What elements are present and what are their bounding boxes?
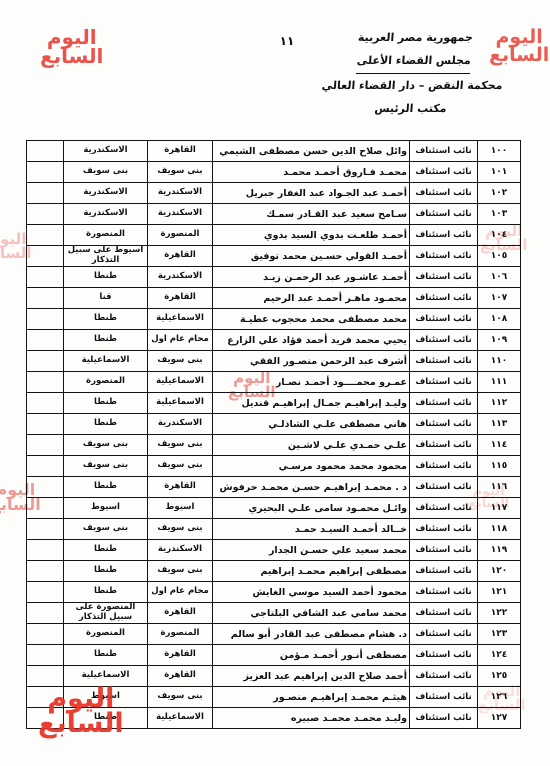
table-row: ١٠٣نائب استئنافسـامح سعيد عبد القـادر سم… [27, 204, 521, 225]
cell-blank [27, 246, 64, 267]
letterhead-office: مكتب الرئيس [319, 97, 503, 120]
cell-rank: نائب استئناف [410, 498, 478, 519]
cell-rank: نائب استئناف [410, 330, 478, 351]
cell-number: ١١٠ [478, 351, 521, 372]
cell-blank [27, 309, 64, 330]
cell-destination: طنطا [64, 561, 148, 582]
table-row: ١١٢نائب استئنافوليـد إبراهيـم جمـال إبرا… [27, 393, 521, 414]
cell-rank: نائب استئناف [410, 204, 478, 225]
letterhead-court: محكمة النقض – دار القضاء العالي [320, 74, 504, 97]
cell-name: أحمـد طلعـت بدوي السيد بدوي [213, 225, 410, 246]
cell-name: عمـرو محمــــود أحمـد نصـار [213, 372, 410, 393]
cell-destination: بنى سويف [64, 456, 148, 477]
cell-rank: نائب استئناف [410, 267, 478, 288]
cell-blank [27, 162, 64, 183]
cell-location: القاهرة [148, 288, 213, 309]
table-row: ١٢٣نائب استئنافد. هشام مصطفى عبد القادر … [27, 624, 521, 645]
youm7-watermark: اليومالسابع [40, 28, 103, 66]
cell-destination: اسيوط على سبيل التذكار [64, 246, 148, 267]
table-row: ١٢٠نائب استئنافمصطفى إبراهيم محمـد إبراه… [27, 561, 521, 582]
cell-destination: طنطا [64, 267, 148, 288]
cell-location: الاسماعيلية [148, 393, 213, 414]
table-row: ١٠٢نائب استئنافأحمـد عبد الجـواد عبد الغ… [27, 183, 521, 204]
cell-name: محمود محمد محمود مرسـي [213, 456, 410, 477]
cell-destination: اسيوط [64, 687, 148, 708]
cell-name: محمد سامي عبد الشافي البلتاجي [213, 603, 410, 624]
cell-destination: طنطا [64, 708, 148, 729]
table-row: ١٠٦نائب استئنافأحمـد عاشـور عبد الرحمـن … [27, 267, 521, 288]
table-row: ١٠٩نائب استئنافيحيي محمد فريد أحمد فؤاد … [27, 330, 521, 351]
cell-rank: نائب استئناف [410, 393, 478, 414]
cell-destination: المنصورة [64, 624, 148, 645]
cell-location: بنى سويف [148, 456, 213, 477]
cell-name: د. هشام مصطفى عبد القادر أبو سالم [213, 624, 410, 645]
cell-blank [27, 645, 64, 666]
cell-rank: نائب استئناف [410, 708, 478, 729]
cell-destination: بنى سويف [64, 435, 148, 456]
cell-blank [27, 708, 64, 729]
table-row: ١٠٥نائب استئنافأحمـد القولي حسـين محمد ت… [27, 246, 521, 267]
cell-number: ١٠٥ [478, 246, 521, 267]
table-row: ١٠٨نائب استئنافمحمد مصطفى محمد محجوب عطي… [27, 309, 521, 330]
cell-number: ١٠٢ [478, 183, 521, 204]
cell-number: ١١٨ [478, 519, 521, 540]
cell-name: وائـل محمـود سامى علـي البحيري [213, 498, 410, 519]
cell-rank: نائب استئناف [410, 540, 478, 561]
cell-destination: المنصورة [64, 225, 148, 246]
cell-location: الاسماعيلية [148, 708, 213, 729]
cell-destination: طنطا [64, 393, 148, 414]
table-row: ١٢٢نائب استئنافمحمد سامي عبد الشافي البل… [27, 603, 521, 624]
letterhead-council: مجلس القضاء الأعلى [322, 49, 506, 74]
cell-blank [27, 393, 64, 414]
cell-location: بنى سويف [148, 561, 213, 582]
cell-blank [27, 204, 64, 225]
cell-name: مصطفى إبراهيم محمـد إبراهيم [213, 561, 410, 582]
cell-location: الاسكندرية [148, 540, 213, 561]
cell-rank: نائب استئناف [410, 666, 478, 687]
cell-blank [27, 561, 64, 582]
cell-rank: نائب استئناف [410, 519, 478, 540]
cell-number: ١١٥ [478, 456, 521, 477]
cell-name: أشرف عبد الرحمن منصـور الفقي [213, 351, 410, 372]
cell-destination: اسيوط [64, 498, 148, 519]
cell-location: القاهرة [148, 645, 213, 666]
cell-name: سـامح سعيد عبد القـادر سمـك [213, 204, 410, 225]
cell-blank [27, 540, 64, 561]
cell-blank [27, 582, 64, 603]
cell-destination: بنى سويف [64, 519, 148, 540]
cell-location: القاهرة [148, 141, 213, 162]
cell-number: ١٠٩ [478, 330, 521, 351]
cell-location: الاسماعيلية [148, 309, 213, 330]
cell-destination: الاسكندرية [64, 141, 148, 162]
cell-rank: نائب استئناف [410, 456, 478, 477]
cell-rank: نائب استئناف [410, 309, 478, 330]
cell-name: محمود أحمد السيد موسي الغايش [213, 582, 410, 603]
roster-table: ١٠٠نائب استئنافوائل صلاح الدين حسن مصطفى… [26, 140, 521, 729]
cell-location: محام عام اول [148, 330, 213, 351]
cell-blank [27, 351, 64, 372]
cell-name: أحمد صلاح الدين إبراهيم عبد العزيز [213, 666, 410, 687]
cell-location: بنى سويف [148, 162, 213, 183]
cell-number: ١٢٣ [478, 624, 521, 645]
table-row: ١١٠نائب استئنافأشرف عبد الرحمن منصـور ال… [27, 351, 521, 372]
cell-destination: طنطا [64, 414, 148, 435]
scanned-court-roster-page: { "page": { "page_number": "١١", "header… [0, 0, 550, 766]
cell-number: ١٢٢ [478, 603, 521, 624]
cell-number: ١٢٧ [478, 708, 521, 729]
table-row: ١١٧نائب استئنافوائـل محمـود سامى علـي ال… [27, 498, 521, 519]
cell-name: هيثـم محمـد إبراهيـم منصـور [213, 687, 410, 708]
letterhead-country: جمهورية مصر العربية [324, 26, 508, 49]
cell-number: ١٠٤ [478, 225, 521, 246]
cell-blank [27, 666, 64, 687]
cell-rank: نائب استئناف [410, 141, 478, 162]
cell-blank [27, 477, 64, 498]
cell-location: بنى سويف [148, 351, 213, 372]
cell-location: المنصورة [148, 624, 213, 645]
cell-name: محمد سعيد علي حسـن الجدار [213, 540, 410, 561]
cell-name: محمـد فـاروق أحمـد محمـد [213, 162, 410, 183]
cell-name: وليـد محمـد محمـد صبيره [213, 708, 410, 729]
cell-number: ١٢١ [478, 582, 521, 603]
cell-rank: نائب استئناف [410, 372, 478, 393]
table-row: ١١٩نائب استئنافمحمد سعيد علي حسـن الجدار… [27, 540, 521, 561]
cell-number: ١٠٠ [478, 141, 521, 162]
roster-table-container: ١٠٠نائب استئنافوائل صلاح الدين حسن مصطفى… [27, 140, 521, 729]
cell-destination: طنطا [64, 582, 148, 603]
table-row: ١١٨نائب استئنافخــالد أحمـد السيـد حمـدب… [27, 519, 521, 540]
cell-destination: قنا [64, 288, 148, 309]
roster-table-body: ١٠٠نائب استئنافوائل صلاح الدين حسن مصطفى… [27, 141, 521, 729]
cell-destination: بنى سويف [64, 162, 148, 183]
cell-rank: نائب استئناف [410, 645, 478, 666]
cell-blank [27, 435, 64, 456]
table-row: ١١٤نائب استئنافعلـي حمـدي علـي لاشـينبنى… [27, 435, 521, 456]
cell-name: أحمـد عبد الجـواد عبد الغفار جبريل [213, 183, 410, 204]
cell-rank: نائب استئناف [410, 414, 478, 435]
letterhead: جمهورية مصر العربية مجلس القضاء الأعلى م… [319, 26, 508, 120]
cell-number: ١١٣ [478, 414, 521, 435]
table-row: ١١٣نائب استئنافهاني مصطفى علـي الشاذلـيا… [27, 414, 521, 435]
cell-name: يحيي محمد فريد أحمد فؤاد علي الزارع [213, 330, 410, 351]
cell-location: القاهرة [148, 246, 213, 267]
cell-blank [27, 498, 64, 519]
cell-number: ١١٢ [478, 393, 521, 414]
cell-number: ١٢٦ [478, 687, 521, 708]
cell-blank [27, 624, 64, 645]
cell-rank: نائب استئناف [410, 288, 478, 309]
cell-name: وائل صلاح الدين حسن مصطفى الشيمي [213, 141, 410, 162]
cell-blank [27, 456, 64, 477]
cell-name: محمـود ماهـر أحمـد عبد الرحيم [213, 288, 410, 309]
cell-blank [27, 414, 64, 435]
cell-number: ١٠١ [478, 162, 521, 183]
cell-location: المنصورة [148, 225, 213, 246]
cell-name: هاني مصطفى علـي الشاذلـي [213, 414, 410, 435]
cell-destination: المنصورة [64, 372, 148, 393]
table-row: ١٢٧نائب استئنافوليـد محمـد محمـد صبيرهال… [27, 708, 521, 729]
cell-name: علـي حمـدي علـي لاشـين [213, 435, 410, 456]
cell-rank: نائب استئناف [410, 477, 478, 498]
cell-location: الاسكندرية [148, 204, 213, 225]
cell-rank: نائب استئناف [410, 351, 478, 372]
cell-rank: نائب استئناف [410, 225, 478, 246]
cell-blank [27, 372, 64, 393]
cell-name: محمد مصطفى محمد محجوب عطيـة [213, 309, 410, 330]
cell-destination: طنطا [64, 330, 148, 351]
cell-destination: الاسماعيلية [64, 351, 148, 372]
cell-rank: نائب استئناف [410, 582, 478, 603]
table-row: ١١١نائب استئنافعمـرو محمــــود أحمـد نصـ… [27, 372, 521, 393]
cell-number: ١٢٠ [478, 561, 521, 582]
cell-location: محام عام اول [148, 582, 213, 603]
cell-name: د . محمـد إبراهيـم حسـن محمـد حرفوش [213, 477, 410, 498]
cell-destination: طنطا [64, 309, 148, 330]
cell-number: ١١٦ [478, 477, 521, 498]
cell-location: اسيوط [148, 498, 213, 519]
table-row: ١٠٠نائب استئنافوائل صلاح الدين حسن مصطفى… [27, 141, 521, 162]
cell-rank: نائب استئناف [410, 561, 478, 582]
cell-location: القاهرة [148, 477, 213, 498]
cell-destination: طنطا [64, 477, 148, 498]
cell-number: ١٢٤ [478, 645, 521, 666]
cell-blank [27, 687, 64, 708]
cell-destination: الاسماعيلية [64, 666, 148, 687]
cell-blank [27, 519, 64, 540]
cell-number: ١١٩ [478, 540, 521, 561]
cell-blank [27, 183, 64, 204]
cell-rank: نائب استئناف [410, 183, 478, 204]
cell-rank: نائب استئناف [410, 624, 478, 645]
cell-rank: نائب استئناف [410, 687, 478, 708]
page-number: ١١ [272, 34, 302, 48]
cell-location: القاهرة [148, 603, 213, 624]
cell-location: الاسماعيلية [148, 372, 213, 393]
cell-blank [27, 288, 64, 309]
cell-name: أحمـد عاشـور عبد الرحمـن زيـد [213, 267, 410, 288]
cell-name: مصطفى أنـور أحمـد مـؤمن [213, 645, 410, 666]
table-row: ١٠٤نائب استئنافأحمـد طلعـت بدوي السيد بد… [27, 225, 521, 246]
cell-number: ١٠٣ [478, 204, 521, 225]
cell-rank: نائب استئناف [410, 162, 478, 183]
cell-name: وليـد إبراهيـم جمـال إبراهيـم قنديل [213, 393, 410, 414]
cell-number: ١٠٦ [478, 267, 521, 288]
cell-location: بنى سويف [148, 687, 213, 708]
cell-location: القاهرة [148, 666, 213, 687]
cell-rank: نائب استئناف [410, 603, 478, 624]
cell-number: ١٠٨ [478, 309, 521, 330]
table-row: ١٢٥نائب استئنافأحمد صلاح الدين إبراهيم ع… [27, 666, 521, 687]
table-row: ١١٦نائب استئنافد . محمـد إبراهيـم حسـن م… [27, 477, 521, 498]
cell-location: بنى سويف [148, 519, 213, 540]
cell-rank: نائب استئناف [410, 435, 478, 456]
cell-location: الاسكندرية [148, 414, 213, 435]
table-row: ١٢٤نائب استئنافمصطفى أنـور أحمـد مـؤمنال… [27, 645, 521, 666]
cell-blank [27, 330, 64, 351]
cell-blank [27, 267, 64, 288]
cell-blank [27, 603, 64, 624]
cell-destination: الاسكندرية [64, 183, 148, 204]
table-row: ١٢٦نائب استئنافهيثـم محمـد إبراهيـم منصـ… [27, 687, 521, 708]
cell-location: بنى سويف [148, 435, 213, 456]
cell-destination: طنطا [64, 645, 148, 666]
cell-number: ١٠٧ [478, 288, 521, 309]
cell-rank: نائب استئناف [410, 246, 478, 267]
cell-location: الاسكندرية [148, 183, 213, 204]
cell-number: ١١١ [478, 372, 521, 393]
cell-number: ١١٧ [478, 498, 521, 519]
cell-destination: المنصورة على سبيل التذكار [64, 603, 148, 624]
cell-number: ١١٤ [478, 435, 521, 456]
cell-number: ١٢٥ [478, 666, 521, 687]
cell-destination: طنطا [64, 540, 148, 561]
table-row: ١٢١نائب استئنافمحمود أحمد السيد موسي الغ… [27, 582, 521, 603]
table-row: ١٠٧نائب استئنافمحمـود ماهـر أحمـد عبد ال… [27, 288, 521, 309]
cell-blank [27, 141, 64, 162]
cell-location: الاسكندرية [148, 267, 213, 288]
cell-name: أحمـد القولي حسـين محمد توفيق [213, 246, 410, 267]
cell-name: خــالد أحمـد السيـد حمـد [213, 519, 410, 540]
cell-destination: الاسكندرية [64, 204, 148, 225]
table-row: ١١٥نائب استئنافمحمود محمد محمود مرسـيبنى… [27, 456, 521, 477]
table-row: ١٠١نائب استئنافمحمـد فـاروق أحمـد محمـدب… [27, 162, 521, 183]
cell-blank [27, 225, 64, 246]
